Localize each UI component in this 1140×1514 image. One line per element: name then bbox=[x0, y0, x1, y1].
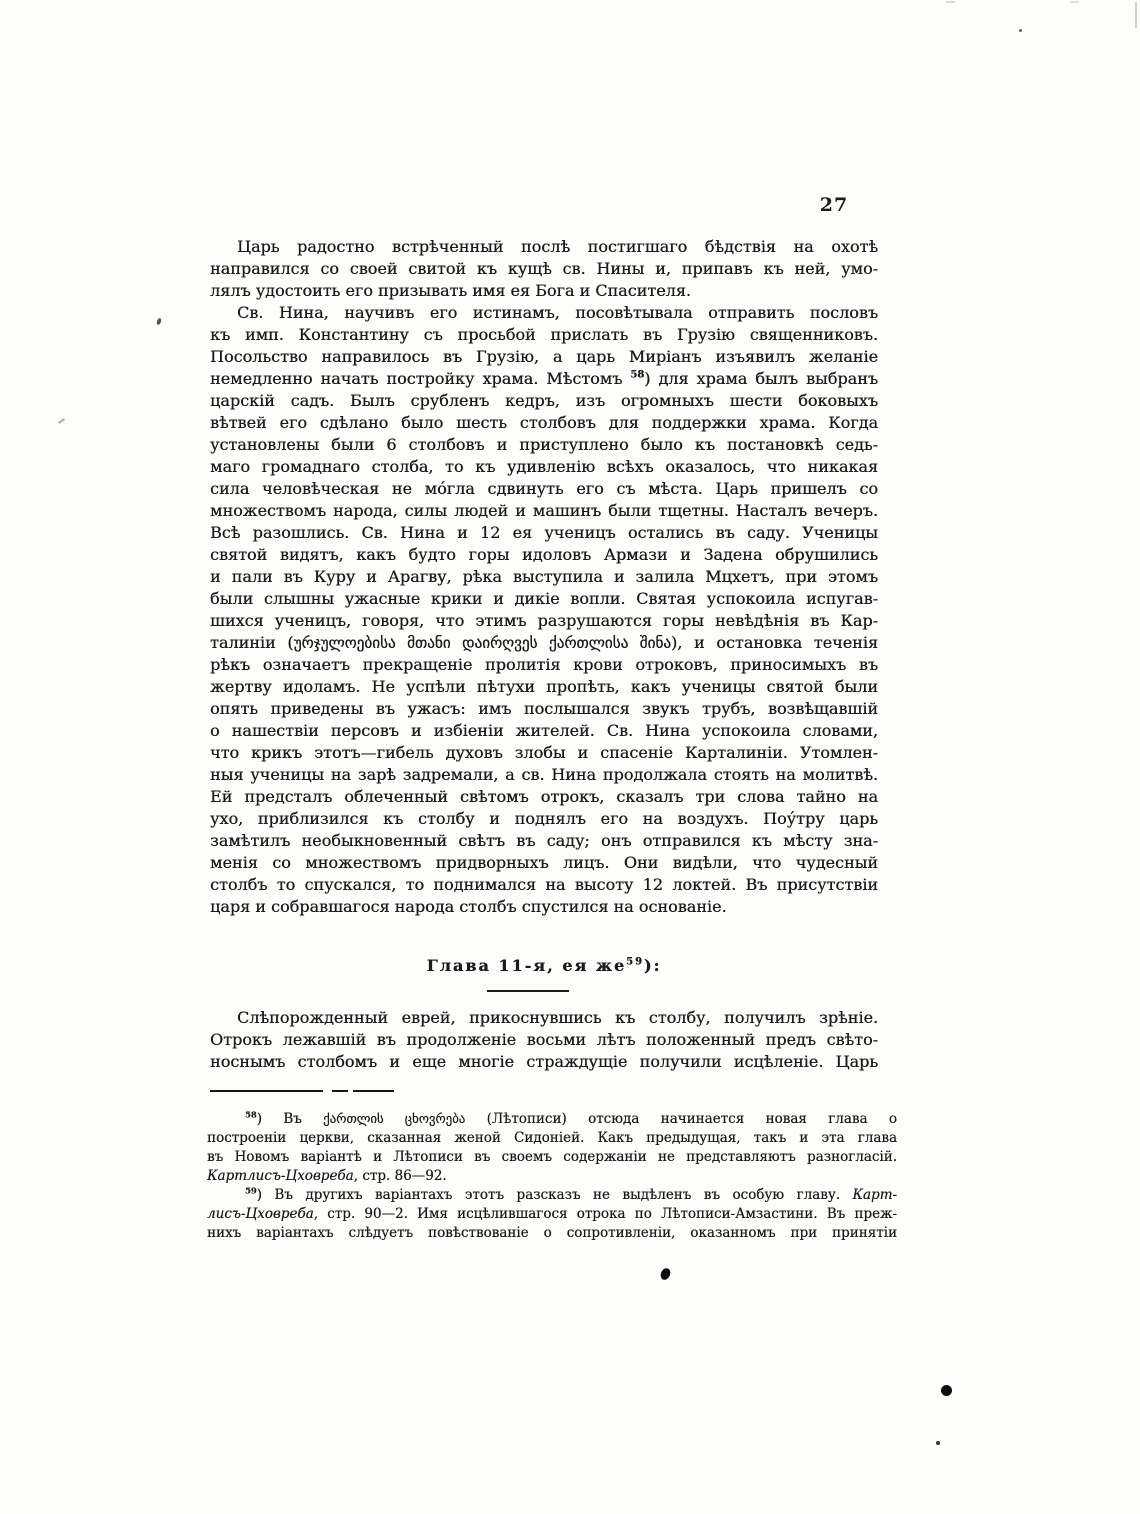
text-line: что крикъ этотъ—гибель духовъ злобы и сп… bbox=[210, 742, 878, 764]
text-line: немедленно начать постройку храма. Мѣсто… bbox=[210, 368, 878, 390]
ink-speck bbox=[1070, 1, 1079, 3]
text-line: ныя ученицы на зарѣ задремали, а св. Нин… bbox=[210, 764, 878, 786]
text-line: 58) Въ ქართლის ცხოვრება (Лѣтописи) отсюд… bbox=[207, 1110, 897, 1129]
text-line: опять приведены въ ужасъ: имъ послышался… bbox=[210, 698, 878, 720]
text-line: Посольство направилось въ Грузію, а царь… bbox=[210, 346, 878, 368]
georgian-text: ურჯულოებისა მთანი დაირღვეს ქართლისა შინა bbox=[294, 634, 671, 652]
text-line: рѣкъ означаетъ прекращеніе пролитія кров… bbox=[210, 654, 878, 676]
text-line: ухо, приблизился къ столбу и поднялъ его… bbox=[210, 808, 878, 830]
ink-speck bbox=[941, 1385, 952, 1396]
text-line: къ имп. Константину съ просьбой прислать… bbox=[210, 324, 878, 346]
text-line: менія со множествомъ придворныхъ лицъ. О… bbox=[210, 852, 878, 874]
text-line: направился со своей свитой къ кущѣ св. Н… bbox=[210, 258, 878, 280]
ink-speck bbox=[1135, 2, 1137, 28]
text-line: и пали въ Куру и Арагву, рѣка выступила … bbox=[210, 566, 878, 588]
text-line: нихъ варіантахъ слѣдуетъ повѣствованіе о… bbox=[207, 1224, 897, 1243]
ink-speck bbox=[156, 318, 162, 326]
text-line: о нашествіи персовъ и избіеніи жителей. … bbox=[210, 720, 878, 742]
text-line: жертву идоламъ. Не успѣли пѣтухи пропѣть… bbox=[210, 676, 878, 698]
paragraph-3: Слѣпорожденный еврей, прикоснувшись къ с… bbox=[210, 1007, 878, 1073]
text-line: множествомъ народа, силы людей и машинъ … bbox=[210, 500, 878, 522]
footnotes-block: 58) Въ ქართლის ცხოვრება (Лѣтописи) отсюд… bbox=[207, 1110, 897, 1243]
text-line: вѣтвей его сдѣлано было шесть столбовъ д… bbox=[210, 412, 878, 434]
text-line: Картлисъ-Цховреба, стр. 86—92. bbox=[207, 1167, 897, 1186]
ink-speck bbox=[58, 418, 65, 424]
text-line: талиніи (ურჯულოებისა მთანი დაირღვეს ქართ… bbox=[210, 632, 878, 654]
text-line: лисъ-Цховреба, стр. 90—2. Имя исцѣлившаг… bbox=[207, 1205, 897, 1224]
text-line: установлены были 6 столбовъ и приступлен… bbox=[210, 434, 878, 456]
chapter-heading: Глава 11-я, ея же59): bbox=[210, 954, 878, 978]
georgian-text: ქართლის ცხოვრება bbox=[323, 1112, 465, 1127]
scanned-book-page: 27 Царь радостно встрѣченный послѣ пости… bbox=[0, 0, 1140, 1514]
text-line: 59) Въ другихъ варіантахъ этотъ разсказъ… bbox=[207, 1186, 897, 1205]
page-number: 27 bbox=[806, 194, 862, 216]
text-column: Царь радостно встрѣченный послѣ постигша… bbox=[210, 236, 878, 1243]
footnote-separator-rule bbox=[210, 1090, 394, 1092]
text-line: Отрокъ лежавшій въ продолженіе восьми лѣ… bbox=[210, 1029, 878, 1051]
text-line: царскій садъ. Былъ срубленъ кедръ, изъ о… bbox=[210, 390, 878, 412]
footnote-58: 58) Въ ქართლის ცხოვრება (Лѣтописи) отсюд… bbox=[207, 1110, 897, 1186]
paragraph-2: Св. Нина, научивъ его истинамъ, посовѣты… bbox=[210, 302, 878, 918]
text-line: шихся ученицъ, говоря, что этимъ разруша… bbox=[210, 610, 878, 632]
text-line: святой видятъ, какъ будто горы идоловъ А… bbox=[210, 544, 878, 566]
ink-speck bbox=[1019, 29, 1022, 32]
text-line: Глава 11-я, ея же59): bbox=[210, 954, 878, 978]
text-line: Царь радостно встрѣченный послѣ постигша… bbox=[210, 236, 878, 258]
paragraph-1: Царь радостно встрѣченный послѣ постигша… bbox=[210, 236, 878, 302]
footnote-59: 59) Въ другихъ варіантахъ этотъ разсказъ… bbox=[207, 1186, 897, 1243]
ink-speck bbox=[936, 1441, 940, 1445]
heading-rule bbox=[487, 990, 569, 992]
text-line: построеніи церкви, сказанная женой Сидон… bbox=[207, 1129, 897, 1148]
text-line: маго громаднаго столба, то къ удивленію … bbox=[210, 456, 878, 478]
text-line: Св. Нина, научивъ его истинамъ, посовѣты… bbox=[210, 302, 878, 324]
text-line: Слѣпорожденный еврей, прикоснувшись къ с… bbox=[210, 1007, 878, 1029]
text-line: сила человѣческая не мо́гла сдвинуть его… bbox=[210, 478, 878, 500]
ink-speck bbox=[946, 1, 955, 3]
text-line: Ей предсталъ облеченный свѣтомъ отрокъ, … bbox=[210, 786, 878, 808]
ink-speck bbox=[659, 1267, 672, 1282]
text-line: были слышны ужасные крики и дикіе вопли.… bbox=[210, 588, 878, 610]
text-line: Всѣ разошлись. Св. Нина и 12 ея ученицъ … bbox=[210, 522, 878, 544]
text-line: столбъ то спускался, то поднимался на вы… bbox=[210, 874, 878, 896]
text-line: царя и собравшагося народа столбъ спусти… bbox=[210, 896, 878, 918]
text-line: замѣтилъ необыкновенный свѣтъ въ саду; о… bbox=[210, 830, 878, 852]
text-line: лялъ удостоить его призывать имя ея Бога… bbox=[210, 280, 878, 302]
text-line: носнымъ столбомъ и еще многіе страждущіе… bbox=[210, 1051, 878, 1073]
text-line: въ Новомъ варіантѣ и Лѣтописи въ своемъ … bbox=[207, 1148, 897, 1167]
